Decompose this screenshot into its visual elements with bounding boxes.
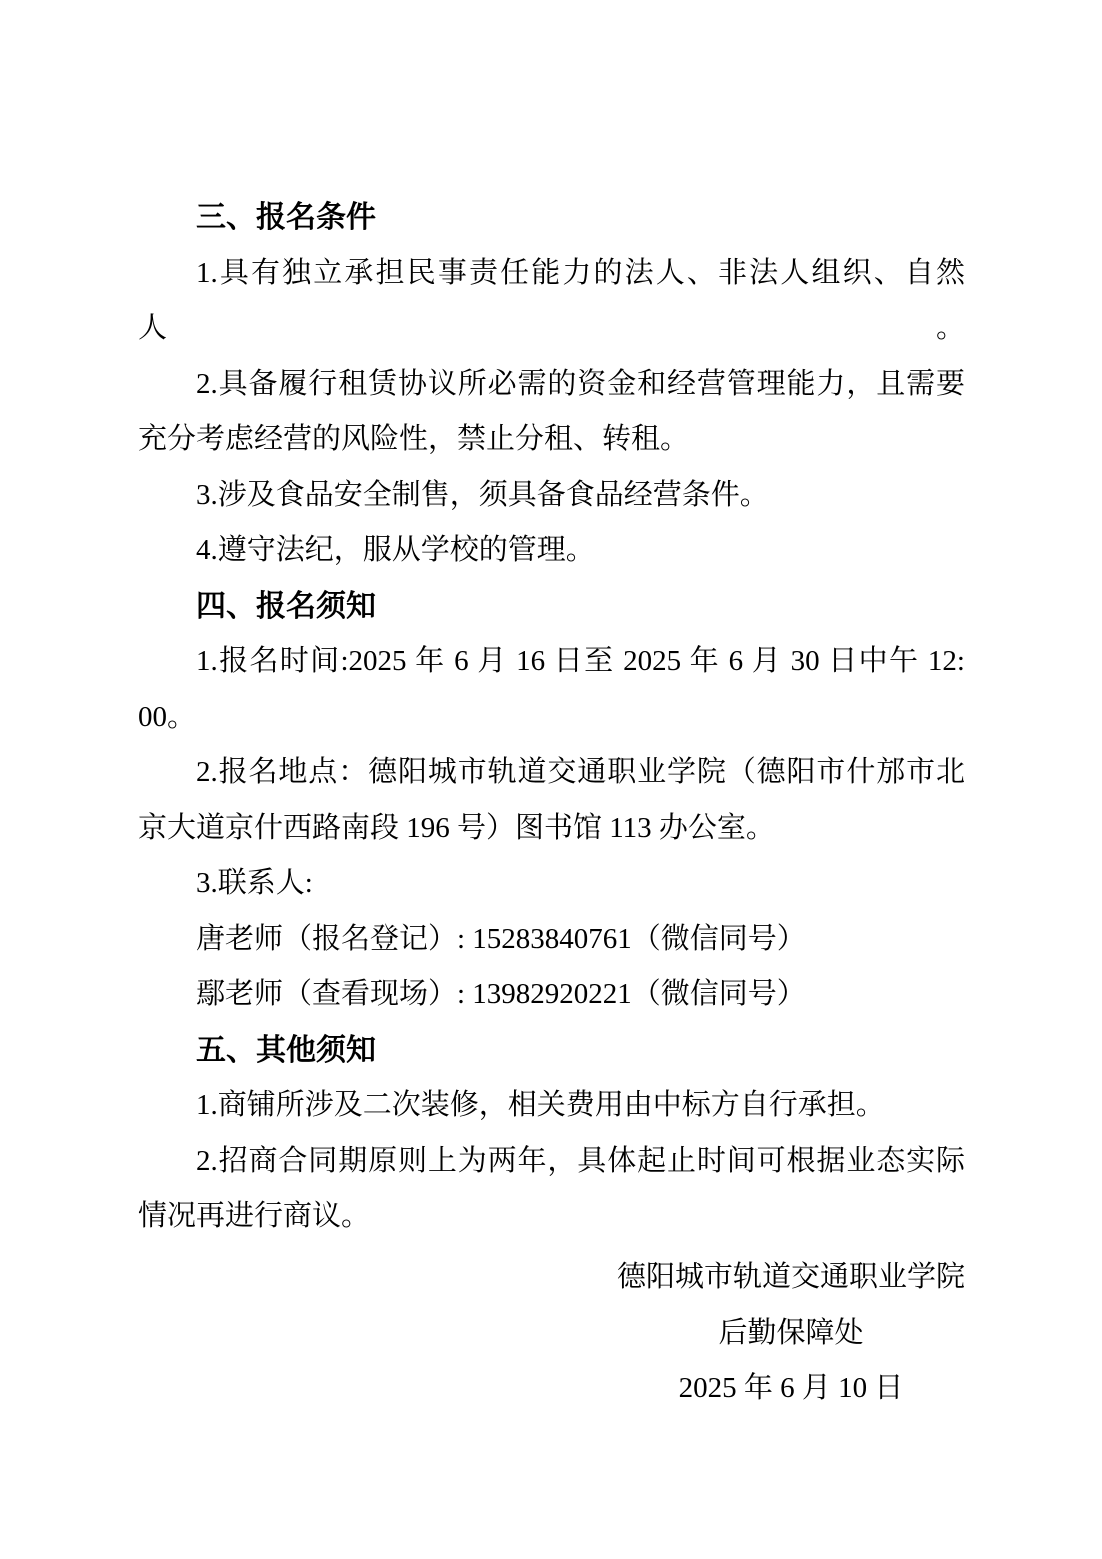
document-page: 三、报名条件1.具有独立承担民事责任能力的法人、非法人组织、自然人。2.具备履行… — [0, 0, 1102, 1559]
signature-org: 德阳城市轨道交通职业学院 — [617, 1250, 965, 1306]
text-line: 唐老师（报名登记）: 15283840761（微信同号） — [138, 912, 965, 968]
text-line: 鄢老师（查看现场）: 13982920221（微信同号） — [138, 967, 965, 1023]
text-line: 4.遵守法纪，服从学校的管理。 — [138, 523, 965, 579]
section-heading: 三、报名条件 — [138, 190, 965, 246]
text-line: 2.报名地点：德阳城市轨道交通职业学院（德阳市什邡市北 — [138, 745, 965, 801]
text-line: 1.报名时间:2025 年 6 月 16 日至 2025 年 6 月 30 日中… — [138, 634, 965, 690]
text-line: 情况再进行商议。 — [138, 1189, 965, 1245]
section-heading: 四、报名须知 — [138, 579, 965, 635]
signature-block: 德阳城市轨道交通职业学院 后勤保障处 2025 年 6 月 10 日 — [617, 1250, 965, 1417]
text-line: 00。 — [138, 690, 965, 746]
text-line: 2.具备履行租赁协议所必需的资金和经营管理能力，且需要 — [138, 357, 965, 413]
text-line: 3.涉及食品安全制售，须具备食品经营条件。 — [138, 468, 965, 524]
document-content: 三、报名条件1.具有独立承担民事责任能力的法人、非法人组织、自然人。2.具备履行… — [138, 190, 965, 1245]
signature-date: 2025 年 6 月 10 日 — [617, 1361, 965, 1417]
text-line: 充分考虑经营的风险性，禁止分租、转租。 — [138, 412, 965, 468]
section-heading: 五、其他须知 — [138, 1023, 965, 1079]
text-line: 京大道京什西路南段 196 号）图书馆 113 办公室。 — [138, 801, 965, 857]
text-line: 1.具有独立承担民事责任能力的法人、非法人组织、自然人。 — [138, 246, 965, 357]
text-line: 2.招商合同期原则上为两年，具体起止时间可根据业态实际 — [138, 1134, 965, 1190]
signature-dept: 后勤保障处 — [617, 1306, 965, 1362]
text-line: 3.联系人: — [138, 856, 965, 912]
text-line: 1.商铺所涉及二次装修，相关费用由中标方自行承担。 — [138, 1078, 965, 1134]
